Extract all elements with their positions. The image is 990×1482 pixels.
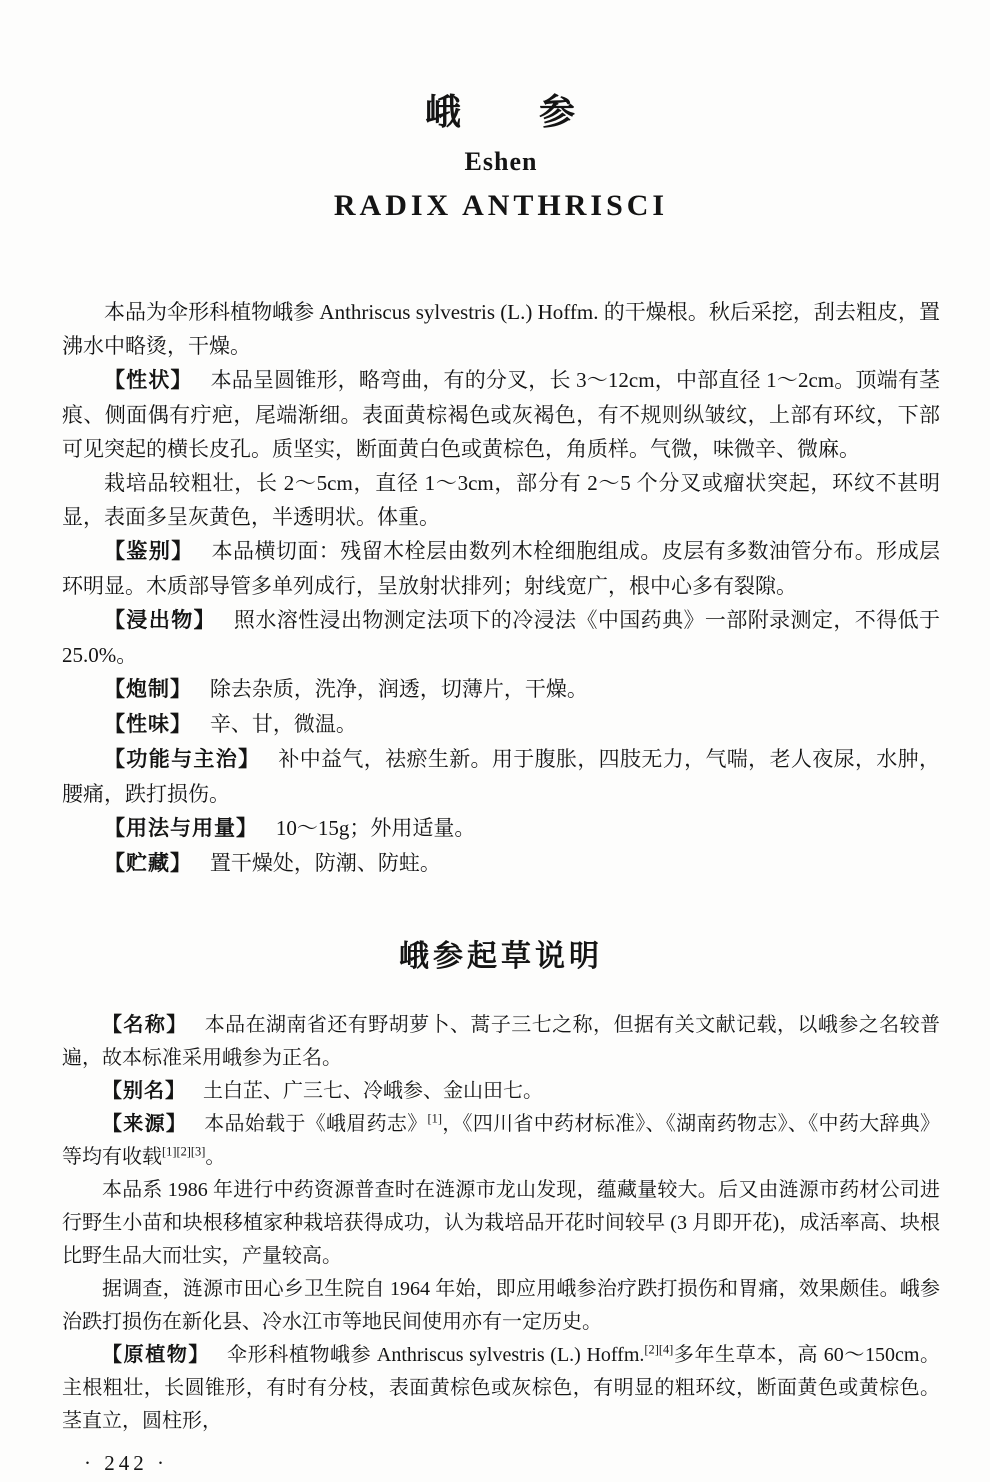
- paragraph: 【性状】本品呈圆锥形，略弯曲，有的分叉，长 3～12cm，中部直径 1～2cm。…: [62, 363, 940, 466]
- paragraph-text: 伞形科植物峨参 Anthriscus sylvestris (L.) Hoffm…: [227, 1344, 644, 1366]
- section-label: 【用法与用量】: [104, 817, 258, 840]
- paragraph-text: 除去杂质，洗净，润透，切薄片，干燥。: [210, 677, 588, 701]
- paragraph: 【鉴别】本品横切面：残留木栓层由数列木栓细胞组成。皮层有多数油管分布。形成层环明…: [62, 534, 940, 603]
- paragraph: 【名称】本品在湖南省还有野胡萝卜、蒿子三七之称，但据有关文献记载，以峨参之名较普…: [62, 1009, 940, 1075]
- monograph-title-pinyin: Eshen: [62, 147, 940, 177]
- section-label: 【名称】: [102, 1014, 188, 1036]
- paragraph-text: 置干燥处，防潮、防蛀。: [210, 851, 441, 875]
- page-number: · 242 ·: [62, 1451, 940, 1476]
- paragraph: 【原植物】伞形科植物峨参 Anthriscus sylvestris (L.) …: [62, 1339, 940, 1438]
- explanation-body: 【名称】本品在湖南省还有野胡萝卜、蒿子三七之称，但据有关文献记载，以峨参之名较普…: [62, 1009, 940, 1438]
- paragraph: 本品为伞形科植物峨参 Anthriscus sylvestris (L.) Ho…: [62, 295, 940, 363]
- section-label: 【炮制】: [104, 678, 192, 701]
- section-label: 【鉴别】: [104, 540, 194, 563]
- paragraph-text: 栽培品较粗壮，长 2～5cm，直径 1～3cm，部分有 2～5 个分叉或瘤状突起…: [62, 471, 940, 529]
- paragraph: 【别名】土白芷、广三七、冷峨参、金山田七。: [62, 1075, 940, 1108]
- paragraph: 【炮制】除去杂质，洗净，润透，切薄片，干燥。: [62, 672, 940, 707]
- paragraph-text: 本品在湖南省还有野胡萝卜、蒿子三七之称，但据有关文献记载，以峨参之名较普遍，故本…: [62, 1014, 940, 1069]
- section-label: 【原植物】: [102, 1344, 210, 1366]
- paragraph: 【性味】辛、甘，微温。: [62, 707, 940, 742]
- section-label: 【性味】: [104, 713, 192, 736]
- paragraph-text: 本品系 1986 年进行中药资源普查时在涟源市龙山发现，蕴藏量较大。后又由涟源市…: [62, 1179, 940, 1267]
- section-label: 【贮藏】: [104, 852, 192, 875]
- paragraph: 【来源】本品始载于《峨眉药志》[1]，《四川省中药材标准》、《湖南药物志》、《中…: [62, 1108, 940, 1174]
- paragraph: 本品系 1986 年进行中药资源普查时在涟源市龙山发现，蕴藏量较大。后又由涟源市…: [62, 1174, 940, 1273]
- scanned-document-page: 峨 参 Eshen RADIX ANTHRISCI 本品为伞形科植物峨参 Ant…: [0, 0, 990, 1482]
- monograph-title-chinese: 峨 参: [62, 90, 940, 135]
- paragraph: 【功能与主治】补中益气，祛瘀生新。用于腹胀，四肢无力，气喘，老人夜尿，水肿，腰痛…: [62, 742, 940, 811]
- paragraph: 据调查，涟源市田心乡卫生院自 1964 年始，即应用峨参治疗跌打损伤和胃痛，效果…: [62, 1273, 940, 1339]
- paragraph-text: 。: [205, 1146, 225, 1168]
- paragraph-text: 土白芷、广三七、冷峨参、金山田七。: [203, 1080, 543, 1102]
- paragraph: 【用法与用量】10～15g；外用适量。: [62, 811, 940, 846]
- reference-superscript: [2][4]: [644, 1342, 673, 1356]
- section-label: 【功能与主治】: [104, 748, 261, 771]
- paragraph-text: 10～15g；外用适量。: [276, 816, 476, 840]
- paragraph: 【贮藏】置干燥处，防潮、防蛀。: [62, 846, 940, 881]
- monograph-title-latin: RADIX ANTHRISCI: [62, 189, 940, 223]
- section-label: 【别名】: [102, 1080, 186, 1102]
- monograph-body: 本品为伞形科植物峨参 Anthriscus sylvestris (L.) Ho…: [62, 295, 940, 881]
- paragraph-text: 本品始载于《峨眉药志》: [204, 1113, 427, 1135]
- paragraph-text: 本品为伞形科植物峨参 Anthriscus sylvestris (L.) Ho…: [62, 300, 940, 358]
- section-label: 【来源】: [102, 1113, 187, 1135]
- paragraph-text: ，《四川省中药材标准》、《湖南药物志》、《中药大辞典》等均有收载: [62, 1113, 940, 1168]
- paragraph: 栽培品较粗壮，长 2～5cm，直径 1～3cm，部分有 2～5 个分叉或瘤状突起…: [62, 466, 940, 534]
- paragraph-text: 据调查，涟源市田心乡卫生院自 1964 年始，即应用峨参治疗跌打损伤和胃痛，效果…: [62, 1278, 940, 1333]
- section-label: 【性状】: [104, 369, 193, 392]
- section-label: 【浸出物】: [104, 609, 216, 632]
- paragraph: 【浸出物】照水溶性浸出物测定法项下的冷浸法《中国药典》一部附录测定，不得低于 2…: [62, 603, 940, 672]
- paragraph-text: 辛、甘，微温。: [210, 712, 357, 736]
- reference-superscript: [1]: [428, 1111, 442, 1125]
- reference-superscript: [1][2][3]: [162, 1144, 205, 1158]
- paragraph-text: 本品呈圆锥形，略弯曲，有的分叉，长 3～12cm，中部直径 1～2cm。顶端有茎…: [62, 368, 940, 461]
- explanation-section-title: 峨参起草说明: [62, 931, 940, 975]
